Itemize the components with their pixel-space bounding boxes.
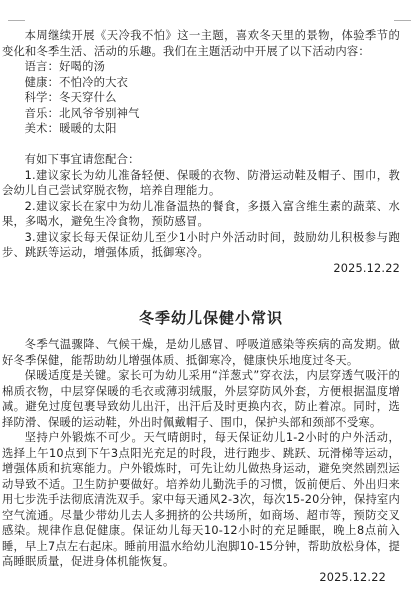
document-page: 本周继续开展《天冷我不怕》这一主题，喜欢冬天里的景物，体验季节的变化和冬季生活、… [0, 0, 420, 591]
activity-line-art: 美术：暖暖的太阳 [2, 121, 400, 137]
cooperation-item-3: 3.建议家长每天保证幼儿至少1小时户外活动时间，鼓励幼儿积极参与跑步、跳跃等运动… [2, 230, 400, 261]
cooperation-item-1: 1.建议家长为幼儿准备轻便、保暖的衣物、防滑运动鞋及帽子、围巾，教会幼儿自己尝试… [2, 168, 400, 199]
tips-title: 冬季幼儿保健小常识 [2, 308, 400, 328]
cooperation-item-2: 2.建议家长在家中为幼儿准备温热的餐食，多摄入富含维生素的蔬菜、水果，多喝水，避… [2, 199, 400, 230]
activity-line-language: 语言：好喝的汤 [2, 59, 400, 75]
activity-line-music: 音乐：北风爷爷别神气 [2, 106, 400, 122]
tips-paragraph-overview: 冬季气温骤降、气候干燥，是幼儿感冒、呼吸道感染等疾病的高发期。做好冬季保健，能帮… [2, 337, 400, 368]
activity-line-health: 健康：不怕冷的大衣 [2, 75, 400, 91]
weekly-notice-section: 本周继续开展《天冷我不怕》这一主题，喜欢冬天里的景物，体验季节的变化和冬季生活、… [2, 28, 400, 276]
margin-crop-mark-left [8, 20, 25, 21]
tips-paragraph-clothing: 保暖适度是关键。家长可为幼儿采用“洋葱式”穿衣法，内层穿透气吸汗的棉质衣物，中层… [2, 368, 400, 430]
tips-paragraph-exercise-hygiene-sleep: 坚持户外锻炼不可少。天气晴朗时，每天保证幼儿1-2小时的户外活动，选择上午10点… [2, 430, 400, 570]
health-tips-section: 冬季幼儿保健小常识 冬季气温骤降、气候干燥，是幼儿感冒、呼吸道感染等疾病的高发期… [2, 308, 400, 585]
cooperation-heading: 有如下事宜请您配合： [2, 152, 400, 168]
margin-crop-mark-right [394, 20, 411, 21]
tips-date: 2025.12.22 [2, 570, 400, 586]
notice-date: 2025.12.22 [2, 261, 400, 277]
notice-intro: 本周继续开展《天冷我不怕》这一主题，喜欢冬天里的景物，体验季节的变化和冬季生活、… [2, 28, 400, 59]
activity-line-science: 科学：冬天穿什么 [2, 90, 400, 106]
